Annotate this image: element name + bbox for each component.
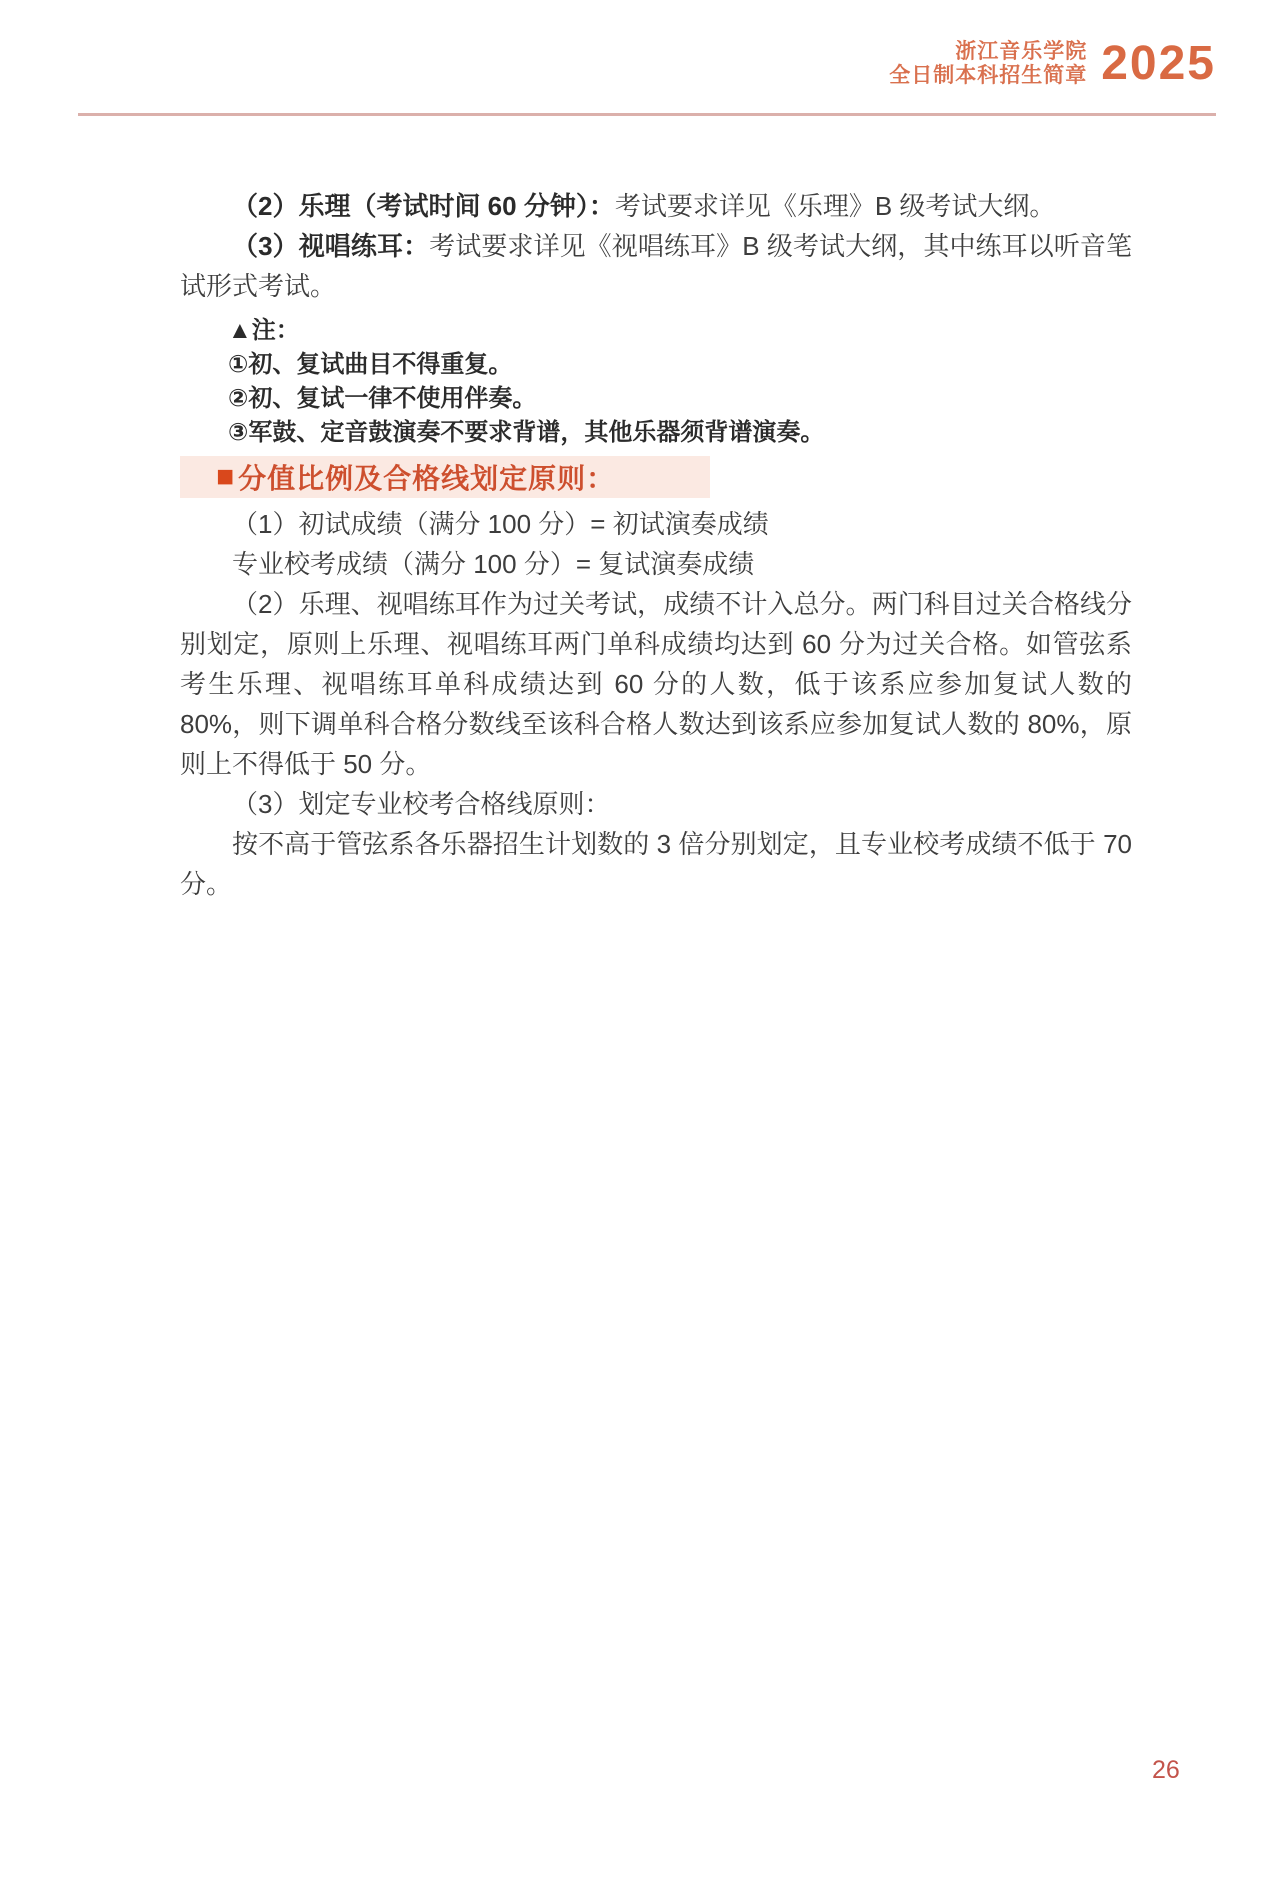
- paragraph-initial-score: （1）初试成绩（满分 100 分）= 初试演奏成绩: [180, 504, 1132, 544]
- notes-block: ▲注： ①初、复试曲目不得重复。 ②初、复试一律不使用伴奏。 ③军鼓、定音鼓演奏…: [180, 314, 1132, 450]
- exam-item-music-theory: （2）乐理（考试时间 60 分钟）：考试要求详见《乐理》B 级考试大纲。: [180, 186, 1132, 226]
- paragraph-qualify-line-principle: （3）划定专业校考合格线原则：: [180, 784, 1132, 824]
- exam-item-music-theory-label: （2）乐理（考试时间 60 分钟）：: [232, 191, 615, 221]
- square-bullet-icon: ■: [216, 462, 234, 492]
- section-title: 分值比例及合格线划定原则：: [238, 457, 615, 497]
- document-page: 浙江音乐学院 全日制本科招生简章 2025 （2）乐理（考试时间 60 分钟）：…: [0, 0, 1280, 1886]
- header-school-name: 浙江音乐学院: [889, 40, 1087, 64]
- paragraph-school-exam-score: 专业校考成绩（满分 100 分）= 复试演奏成绩: [180, 544, 1132, 584]
- header-divider: [78, 113, 1216, 116]
- exam-item-music-theory-text: 考试要求详见《乐理》B 级考试大纲。: [615, 191, 1056, 221]
- notes-header-label: 注：: [252, 317, 300, 344]
- paragraph-qualify-line-detail: 按不高于管弦系各乐器招生计划数的 3 倍分别划定，且专业校考成绩不低于 70 分…: [180, 824, 1132, 904]
- exam-item-sight-singing-label: （3）视唱练耳：: [232, 231, 429, 261]
- exam-item-sight-singing: （3）视唱练耳：考试要求详见《视唱练耳》B 级考试大纲，其中练耳以听音笔试形式考…: [180, 226, 1132, 306]
- paragraph-pass-line-rules: （2）乐理、视唱练耳作为过关考试，成绩不计入总分。两门科目过关合格线分别划定，原…: [180, 584, 1132, 784]
- note-item-3: ③军鼓、定音鼓演奏不要求背谱，其他乐器须背谱演奏。: [180, 416, 1132, 450]
- page-number: 26: [1152, 1756, 1180, 1785]
- header-brochure-title: 全日制本科招生简章: [889, 64, 1087, 88]
- note-item-1: ①初、复试曲目不得重复。: [180, 348, 1132, 382]
- page-header: 浙江音乐学院 全日制本科招生简章 2025: [889, 40, 1216, 88]
- page-body: （2）乐理（考试时间 60 分钟）：考试要求详见《乐理》B 级考试大纲。 （3）…: [180, 186, 1132, 904]
- header-titles: 浙江音乐学院 全日制本科招生简章: [889, 40, 1087, 88]
- notes-header: ▲注：: [180, 314, 1132, 348]
- note-item-2: ②初、复试一律不使用伴奏。: [180, 382, 1132, 416]
- triangle-marker-icon: ▲: [228, 317, 252, 344]
- section-heading-score-ratio: ■ 分值比例及合格线划定原则：: [180, 456, 710, 498]
- header-year: 2025: [1101, 40, 1216, 88]
